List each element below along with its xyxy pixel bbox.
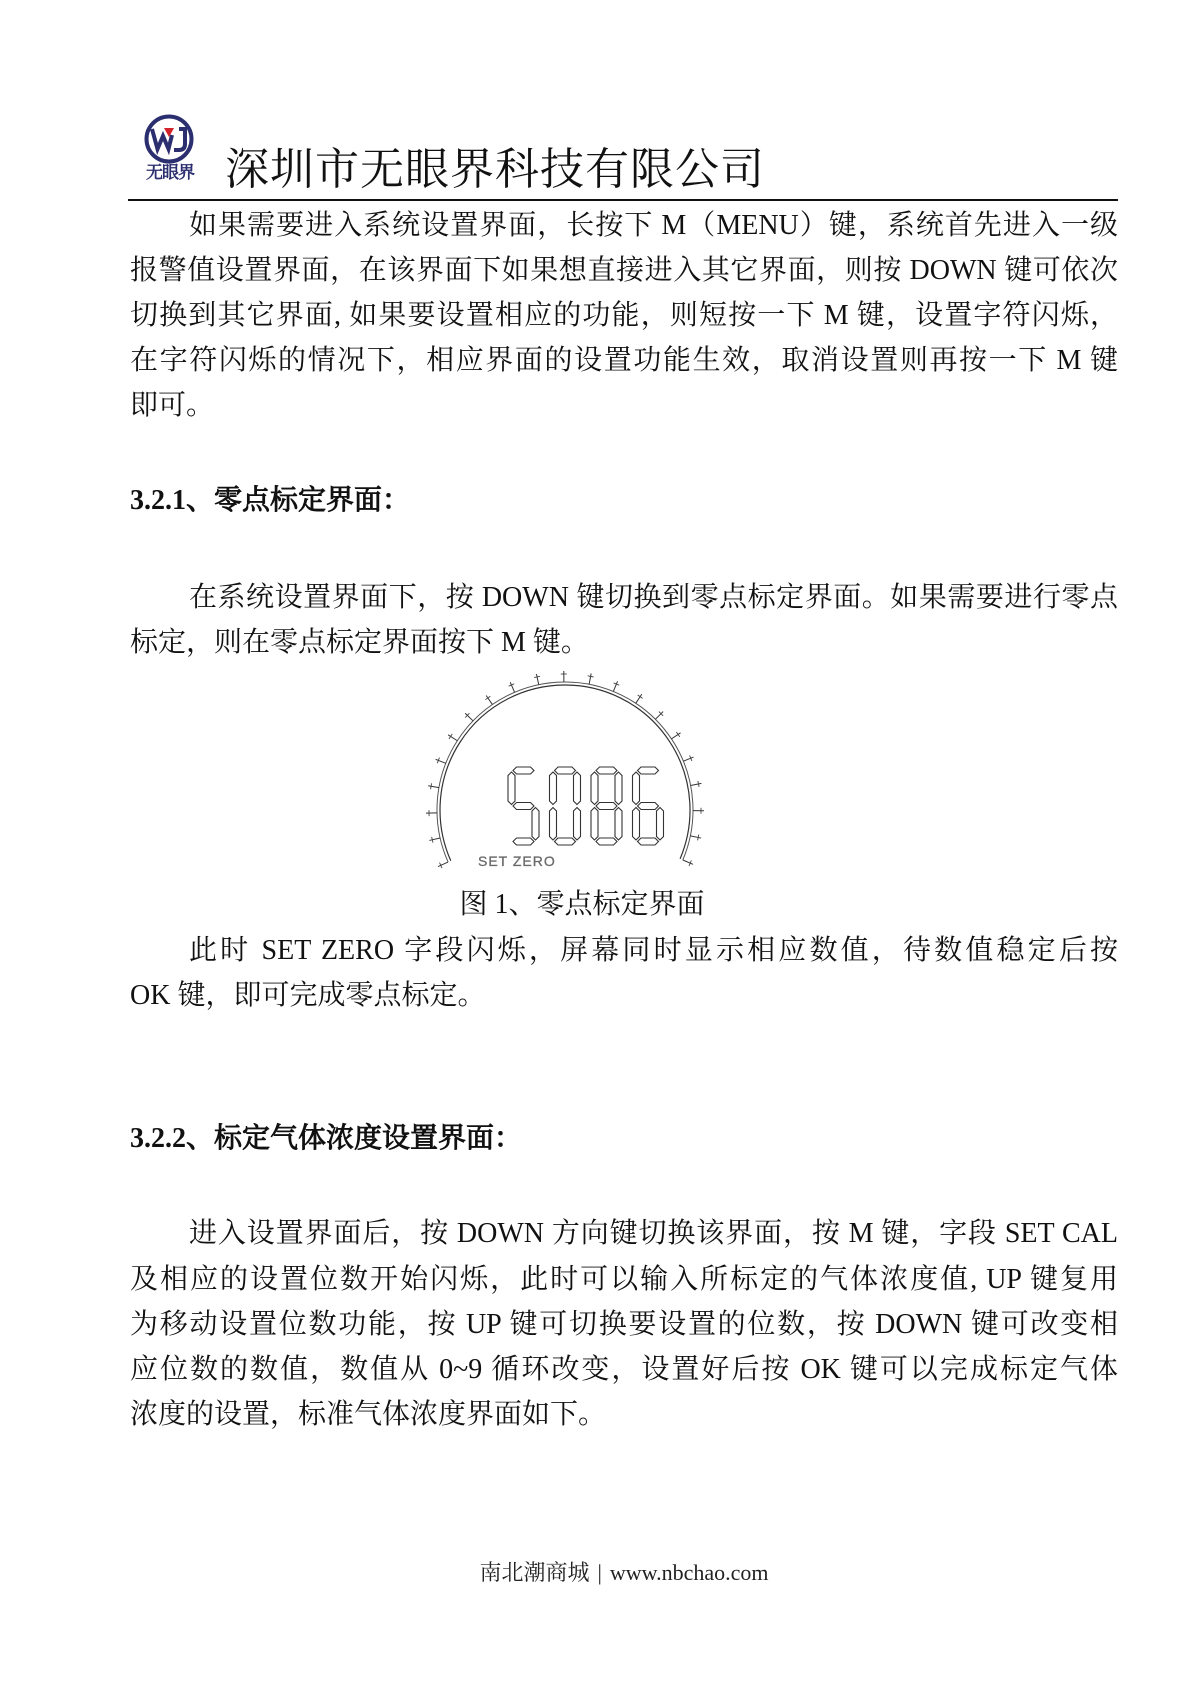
figure-caption: 图 1、零点标定界面	[440, 882, 724, 927]
lcd-display-figure: SET ZERO	[420, 665, 710, 880]
lcd-digit	[550, 767, 581, 845]
footer-site-name: 南北潮商城	[479, 1560, 589, 1585]
paragraph-line: 在字符闪烁的情况下，相应界面的设置功能生效，取消设置则再按一下 M 键	[130, 338, 1118, 383]
lcd-digit	[591, 767, 622, 845]
paragraph-line: 如果需要进入系统设置界面，长按下 M（MENU）键，系统首先进入一级	[189, 203, 1118, 248]
company-name: 深圳市无眼界科技有限公司	[225, 142, 765, 198]
logo-mark-icon	[143, 113, 195, 165]
paragraph-line: 进入设置界面后，按 DOWN 方向键切换该界面，按 M 键，字段 SET CAL	[189, 1211, 1118, 1256]
paragraph-line: 应位数的数值，数值从 0~9 循环改变，设置好后按 OK 键可以完成标定气体	[130, 1347, 1118, 1392]
paragraph-line: 此时 SET ZERO 字段闪烁，屏幕同时显示相应数值，待数值稳定后按	[189, 928, 1118, 973]
lcd-gauge-arc	[420, 665, 710, 880]
paragraph-line: 切换到其它界面, 如果要设置相应的功能，则短按一下 M 键，设置字符闪烁，	[130, 293, 1118, 338]
lcd-digit	[508, 767, 539, 845]
paragraph-line: 在系统设置界面下，按 DOWN 键切换到零点标定界面。如果需要进行零点	[189, 575, 1118, 620]
paragraph-line: OK 键，即可完成零点标定。	[130, 973, 1118, 1018]
seven-segment-digits	[508, 767, 664, 845]
page-footer: 南北潮商城|www.nbchao.com	[130, 1558, 1118, 1588]
lcd-status-label: SET ZERO	[478, 853, 556, 869]
paragraph-line: 浓度的设置，标准气体浓度界面如下。	[130, 1392, 1118, 1437]
company-logo: 无眼界	[138, 110, 202, 184]
paragraph-line: 标定，则在零点标定界面按下 M 键。	[130, 620, 1118, 665]
lcd-digit	[633, 767, 664, 845]
paragraph-line: 及相应的设置位数开始闪烁，此时可以输入所标定的气体浓度值, UP 键复用	[130, 1257, 1118, 1302]
footer-url: www.nbchao.com	[610, 1560, 769, 1585]
section-heading-3-2-1: 3.2.1、零点标定界面：	[130, 478, 410, 523]
header-rule	[128, 199, 1118, 201]
logo-text: 无眼界	[138, 163, 202, 183]
paragraph-line: 报警值设置界面，在该界面下如果想直接进入其它界面，则按 DOWN 键可依次	[130, 248, 1118, 293]
footer-separator: |	[597, 1560, 601, 1585]
paragraph-line: 为移动设置位数功能，按 UP 键可切换要设置的位数，按 DOWN 键可改变相	[130, 1302, 1118, 1347]
section-heading-3-2-2: 3.2.2、标定气体浓度设置界面：	[130, 1116, 522, 1161]
paragraph-line: 即可。	[130, 383, 1118, 428]
